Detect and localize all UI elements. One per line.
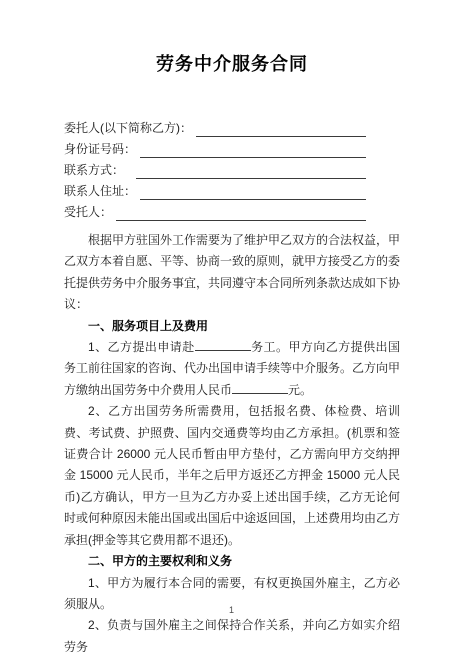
- contract-document-page: 劳务中介服务合同 委托人(以下简称乙方)： 身份证号码： 联系方式： 联系人住址…: [0, 0, 463, 655]
- field-blank-line: [140, 185, 366, 200]
- field-row-trustee: 受托人：: [64, 200, 366, 221]
- field-row-client: 委托人(以下简称乙方)：: [64, 116, 366, 137]
- page-title: 劳务中介服务合同: [64, 50, 400, 76]
- section-1-clause-1: 1、乙方提出申请赴务工。甲方向乙方提供出国务工前往国家的咨询、代办出国申请手续等…: [64, 337, 400, 401]
- clause-text: 元。: [288, 383, 312, 397]
- section-1-heading: 一、服务项目上及费用: [64, 316, 400, 337]
- field-label-address: 联系人住址：: [64, 182, 136, 200]
- field-label-client: 委托人(以下简称乙方)：: [64, 119, 192, 137]
- field-blank-line: [196, 122, 366, 137]
- fill-in-blank-destination: [195, 338, 251, 351]
- field-label-contact: 联系方式：: [64, 161, 124, 179]
- party-info-form: 委托人(以下简称乙方)： 身份证号码： 联系方式： 联系人住址： 受托人：: [64, 116, 366, 221]
- field-label-id-number: 身份证号码：: [64, 140, 136, 158]
- fill-in-blank-fee-amount: [232, 381, 288, 394]
- intro-paragraph: 根据甲方驻国外工作需要为了维护甲乙双方的合法权益，甲乙双方本着自愿、平等、协商一…: [64, 230, 400, 316]
- field-blank-line: [140, 143, 366, 158]
- clause-text: 1、乙方提出申请赴: [88, 340, 195, 354]
- field-row-contact: 联系方式：: [64, 158, 366, 179]
- section-1-clause-2: 2、乙方出国劳务所需费用，包括报名费、体检费、培训费、考试费、护照费、国内交通费…: [64, 401, 400, 551]
- field-label-trustee: 受托人：: [64, 203, 112, 221]
- section-2-heading: 二、甲方的主要权利和义务: [64, 551, 400, 572]
- section-2-clause-2: 2、负责与国外雇主之间保持合作关系，并向乙方如实介绍劳务: [64, 615, 400, 655]
- field-row-address: 联系人住址：: [64, 179, 366, 200]
- field-row-id-number: 身份证号码：: [64, 137, 366, 158]
- field-blank-line: [116, 206, 366, 221]
- document-content: 劳务中介服务合同 委托人(以下简称乙方)： 身份证号码： 联系方式： 联系人住址…: [0, 0, 463, 655]
- field-blank-line: [136, 164, 366, 179]
- contract-body: 根据甲方驻国外工作需要为了维护甲乙双方的合法权益，甲乙双方本着自愿、平等、协商一…: [64, 230, 400, 655]
- page-number: 1: [0, 605, 463, 615]
